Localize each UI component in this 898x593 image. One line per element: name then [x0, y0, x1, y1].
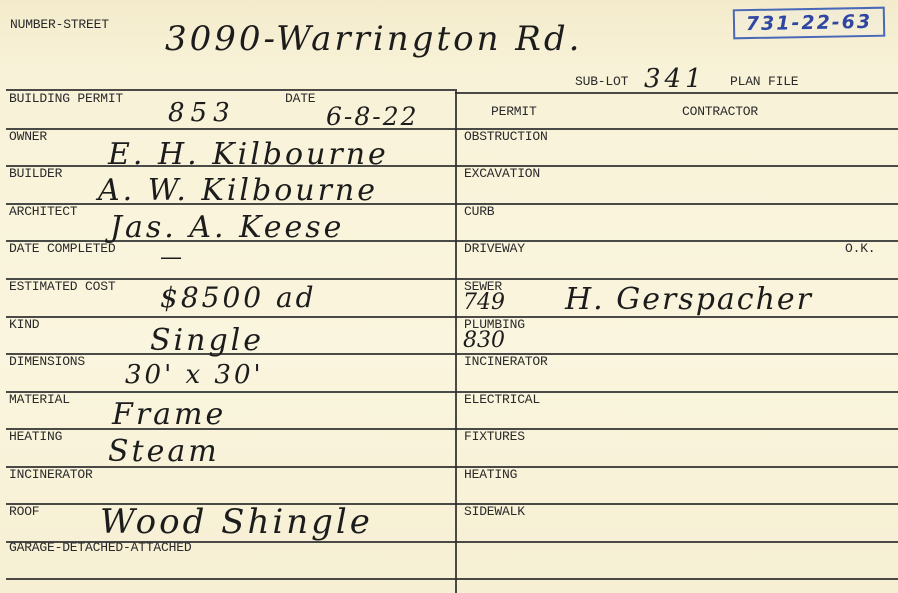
- permit-field-label: INCINERATOR: [464, 355, 548, 368]
- stamp-number: 731-22-63: [733, 7, 886, 40]
- permit-field-label: SIDEWALK: [464, 505, 525, 518]
- plan-file-label: PLAN FILE: [730, 75, 798, 88]
- permit-card: NUMBER-STREET 3090-Warrington Rd. 731-22…: [0, 0, 898, 593]
- field-value: A. W. Kilbourne: [98, 176, 378, 206]
- field-label: DATE COMPLETED: [9, 242, 115, 255]
- permit-field-label: EXCAVATION: [464, 167, 540, 180]
- field-label: KIND: [9, 318, 39, 331]
- field-label: HEATING: [9, 430, 62, 443]
- divider-line: [455, 92, 898, 94]
- field-label: DIMENSIONS: [9, 355, 85, 368]
- field-label: OWNER: [9, 130, 47, 143]
- field-value: $8500 ad: [160, 284, 317, 312]
- divider-line: [6, 391, 898, 393]
- field-value: Frame: [112, 400, 226, 430]
- field-label: ARCHITECT: [9, 205, 77, 218]
- building-permit-value: 853: [168, 100, 236, 126]
- field-value: —: [160, 247, 185, 269]
- field-label: ESTIMATED COST: [9, 280, 115, 293]
- permit-field-label: HEATING: [464, 468, 517, 481]
- permit-header: PERMIT: [491, 105, 537, 118]
- divider-line: [6, 278, 898, 280]
- permit-field-label: DRIVEWAY: [464, 242, 525, 255]
- permit-number: 749: [463, 292, 505, 314]
- permit-note: O.K.: [845, 242, 875, 255]
- number-street-label: NUMBER-STREET: [10, 18, 109, 31]
- divider-line: [6, 128, 898, 130]
- field-value: Steam: [108, 437, 220, 467]
- permit-field-label: ELECTRICAL: [464, 393, 540, 406]
- divider-line: [6, 353, 898, 355]
- field-label: INCINERATOR: [9, 468, 93, 481]
- permit-field-label: FIXTURES: [464, 430, 525, 443]
- field-value: Jas. A. Keese: [110, 213, 344, 243]
- field-value: E. H. Kilbourne: [108, 140, 389, 170]
- number-street-value: 3090-Warrington Rd.: [165, 22, 582, 56]
- building-permit-label: BUILDING PERMIT: [9, 92, 123, 105]
- field-label: BUILDER: [9, 167, 62, 180]
- sub-lot-value: 341: [644, 66, 706, 92]
- contractor-header: CONTRACTOR: [682, 105, 758, 118]
- permit-field-label: OBSTRUCTION: [464, 130, 548, 143]
- contractor-name: H. Gerspacher: [565, 285, 813, 315]
- divider-line: [6, 578, 898, 580]
- column-divider: [455, 89, 457, 593]
- field-value: 30' x 30': [125, 362, 264, 388]
- field-value: Single: [150, 326, 264, 356]
- field-label: GARAGE-DETACHED-ATTACHED: [9, 541, 191, 554]
- permit-number: 830: [463, 330, 505, 352]
- sub-lot-label: SUB-LOT: [575, 75, 628, 88]
- permit-field-label: CURB: [464, 205, 494, 218]
- date-label: DATE: [285, 92, 315, 105]
- field-value: Wood Shingle: [100, 505, 373, 539]
- date-value: 6-8-22: [326, 104, 419, 129]
- field-label: MATERIAL: [9, 393, 70, 406]
- field-label: ROOF: [9, 505, 39, 518]
